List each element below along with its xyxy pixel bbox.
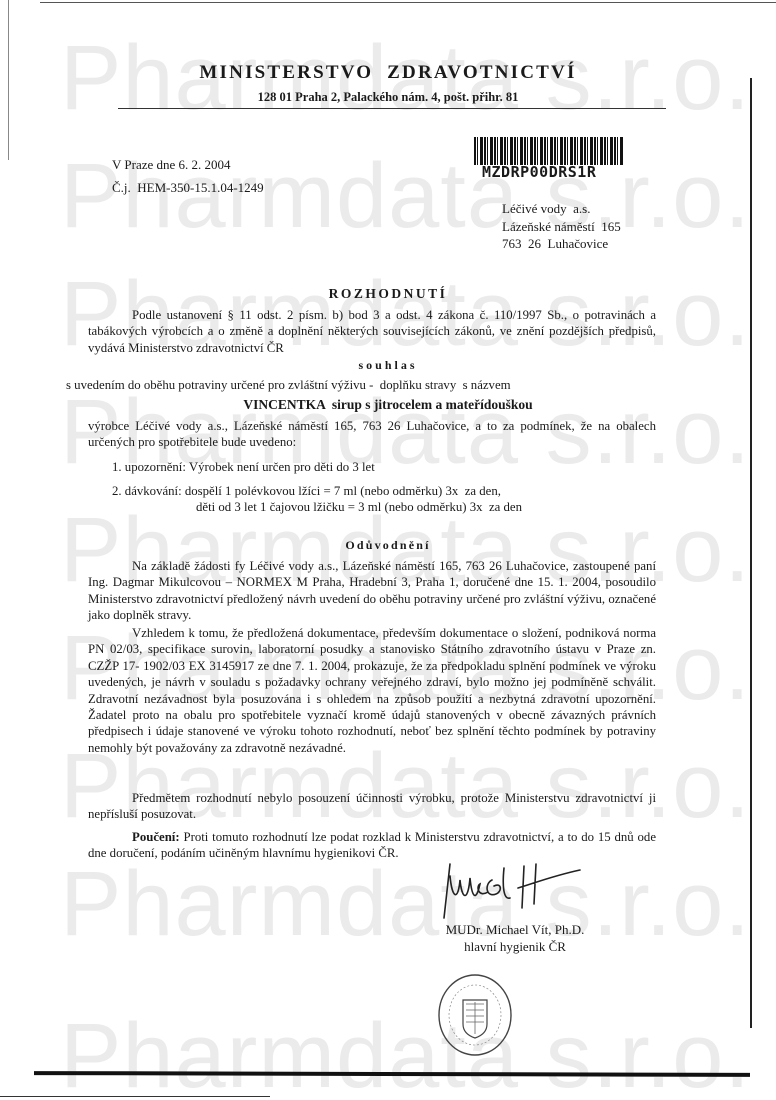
condition-dosage: 2. dávkování: dospělí 1 polévkovou lžíci… xyxy=(112,484,501,499)
ministry-name: MINISTERSTVO ZDRAVOTNICTVÍ xyxy=(0,62,776,84)
instruction-paragraph: Poučení: Proti tomuto rozhodnutí lze pod… xyxy=(88,829,656,862)
justification-paragraph: Na základě žádosti fy Léčivé vody a.s., … xyxy=(88,558,656,624)
condition-label: 1. upozornění: xyxy=(112,460,186,474)
producer-text: výrobce Léčivé vody a.s., Lázeňské náměs… xyxy=(88,418,656,451)
addressee-city: 763 26 Luhačovice xyxy=(502,235,621,253)
scan-edge-bottom-short xyxy=(0,1096,270,1097)
addressee-street: Lázeňské náměstí 165 xyxy=(502,218,621,236)
header-divider xyxy=(118,108,666,109)
ministry-address: 128 01 Praha 2, Palackého nám. 4, pošt. … xyxy=(0,90,776,105)
addressee-name: Léčivé vody a.s. xyxy=(502,200,621,218)
paragraph-text: Předmětem rozhodnutí nebylo posouzení úč… xyxy=(88,791,656,821)
condition-text: Výrobek není určen pro děti do 3 let xyxy=(189,460,375,474)
document-page: MINISTERSTVO ZDRAVOTNICTVÍ 128 01 Praha … xyxy=(0,0,776,1100)
condition-warning: 1. upozornění: Výrobek není určen pro dě… xyxy=(112,460,375,475)
instruction-label: Poučení: xyxy=(132,830,180,844)
condition-text: dospělí 1 polévkovou lžíci = 7 ml (nebo … xyxy=(185,484,501,498)
official-stamp-icon xyxy=(436,972,514,1058)
justification-paragraph: Vzhledem k tomu, že předložená dokumenta… xyxy=(88,625,656,756)
condition-dosage-children: děti od 3 let 1 čajovou lžičku = 3 ml (n… xyxy=(196,500,522,515)
decision-intro-text: Podle ustanovení § 11 odst. 2 písm. b) b… xyxy=(88,308,656,355)
condition-label: 2. dávkování: xyxy=(112,484,182,498)
justification-paragraph: Předmětem rozhodnutí nebylo posouzení úč… xyxy=(88,790,656,823)
scan-edge-top xyxy=(40,2,776,3)
decision-heading: ROZHODNUTÍ xyxy=(0,286,776,302)
barcode xyxy=(474,137,624,165)
handwritten-signature xyxy=(432,858,582,922)
barcode-code: MZDRP00DRS1R xyxy=(482,163,596,181)
signatory-title: hlavní hygienik ČR xyxy=(440,938,590,955)
decision-intro: Podle ustanovení § 11 odst. 2 písm. b) b… xyxy=(88,307,656,356)
signatory: MUDr. Michael Vít, Ph.D. hlavní hygienik… xyxy=(440,921,590,955)
document-date: V Praze dne 6. 2. 2004 xyxy=(112,157,231,173)
scan-edge-bottom xyxy=(34,1071,750,1077)
reference-number: Č.j. HEM-350-15.1.04-1249 xyxy=(112,180,264,196)
justification-heading: Odůvodnění xyxy=(0,538,776,553)
scan-edge-right xyxy=(750,78,752,1028)
signatory-name: MUDr. Michael Vít, Ph.D. xyxy=(440,921,590,938)
paragraph-text: Vzhledem k tomu, že předložená dokumenta… xyxy=(88,626,656,755)
consent-text: s uvedením do oběhu potraviny určené pro… xyxy=(66,377,666,393)
consent-heading: souhlas xyxy=(0,358,776,373)
product-name: VINCENTKA sirup s jitrocelem a mateřídou… xyxy=(0,397,776,413)
addressee-block: Léčivé vody a.s. Lázeňské náměstí 165 76… xyxy=(502,200,621,253)
paragraph-text: Na základě žádosti fy Léčivé vody a.s., … xyxy=(88,559,656,622)
